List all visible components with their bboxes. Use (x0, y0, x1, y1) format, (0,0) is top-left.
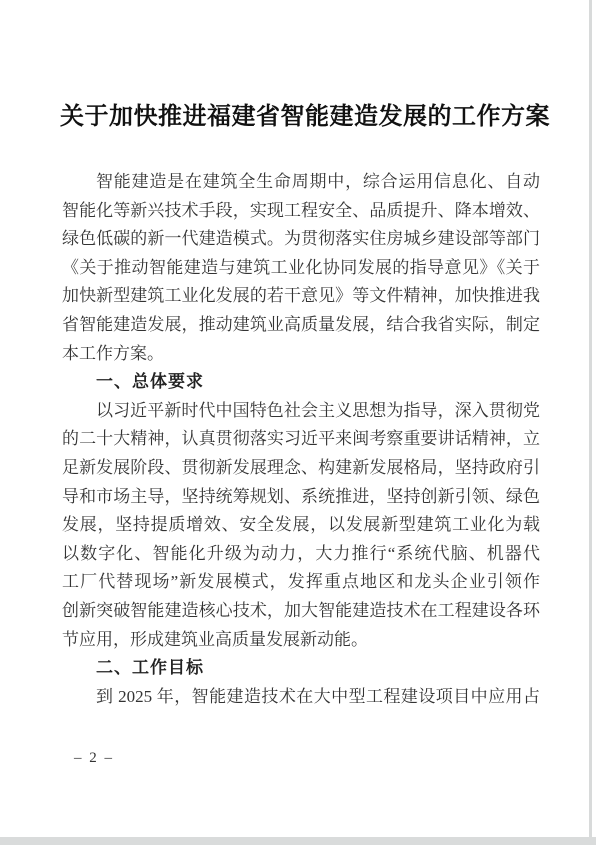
body-text-line: 导和市场主导，坚持统筹规划、系统推进，坚持创新引领、绿色 (62, 483, 540, 512)
section-heading-1: 一、总体要求 (62, 368, 540, 397)
body-text-line: 以数字化、智能化升级为动力，大力推行“系统代脑、机器代工、 (62, 540, 540, 569)
body-text-line: 创新突破智能建造核心技术，加大智能建造技术在工程建设各环 (62, 597, 540, 626)
body-text-line: 发展，坚持提质增效、安全发展，以发展新型建筑工业化为载体， (62, 511, 540, 540)
body-text-line: 到 2025 年，智能建造技术在大中型工程建设项目中应用占 (62, 683, 540, 712)
page-number: – 2 – (74, 748, 114, 768)
body-text-line: 足新发展阶段、贯彻新发展理念、构建新发展格局，坚持政府引 (62, 454, 540, 483)
body-text-line: 加快新型建筑工业化发展的若干意见》等文件精神，加快推进我 (62, 282, 540, 311)
document-title: 关于加快推进福建省智能建造发展的工作方案 (60, 99, 540, 135)
body-text-line: 的二十大精神，认真贯彻落实习近平来闽考察重要讲话精神，立 (62, 425, 540, 454)
body-text-line: 智能化等新兴技术手段，实现工程安全、品质提升、降本增效、 (62, 197, 540, 226)
body-text-line: 本工作方案。 (62, 340, 540, 369)
body-text-line: 省智能建造发展，推动建筑业高质量发展，结合我省实际，制定 (62, 311, 540, 340)
page-edge-bottom (0, 837, 596, 845)
body-text-line: 工厂代替现场”新发展模式，发挥重点地区和龙头企业引领作用， (62, 568, 540, 597)
body-text-line: 智能建造是在建筑全生命周期中，综合运用信息化、自动化、 (62, 168, 540, 197)
body-text-line: 《关于推动智能建造与建筑工业化协同发展的指导意见》《关于 (62, 254, 540, 283)
document-page: 关于加快推进福建省智能建造发展的工作方案 智能建造是在建筑全生命周期中，综合运用… (0, 0, 596, 845)
body-text-line: 以习近平新时代中国特色社会主义思想为指导，深入贯彻党 (62, 397, 540, 426)
section-heading-2: 二、工作目标 (62, 654, 540, 683)
body-text-line: 节应用，形成建筑业高质量发展新动能。 (62, 626, 540, 655)
document-body: 智能建造是在建筑全生命周期中，综合运用信息化、自动化、 智能化等新兴技术手段，实… (62, 168, 540, 711)
body-text-line: 绿色低碳的新一代建造模式。为贯彻落实住房城乡建设部等部门 (62, 225, 540, 254)
page-edge-right (589, 0, 592, 837)
